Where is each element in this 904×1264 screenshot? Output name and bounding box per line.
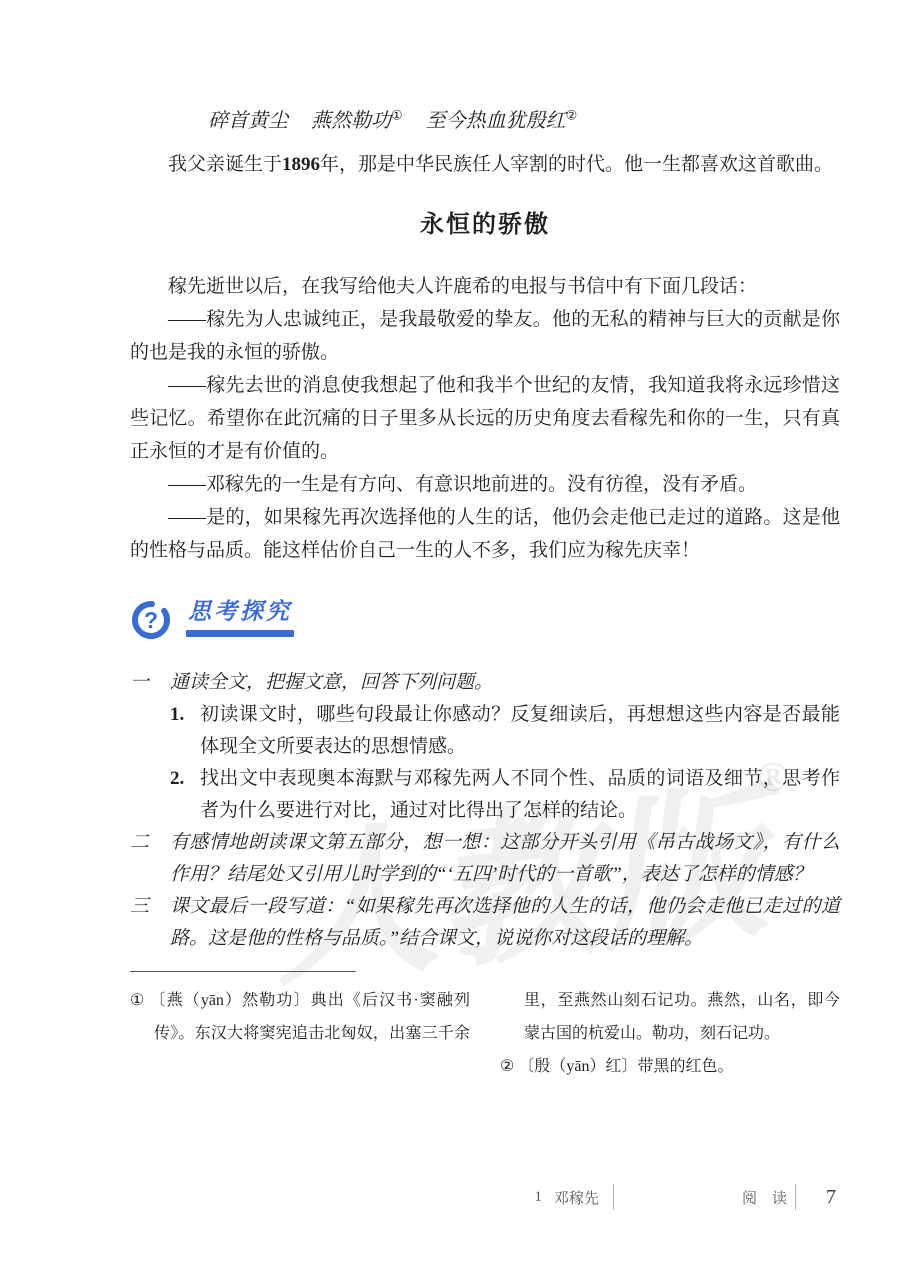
question-mark-circle-icon: ? xyxy=(130,599,172,641)
sub-question-text: 初读课文时，哪些句段最让你感动？反复细读后，再想想这些内容是否最能体现全文所要表… xyxy=(200,699,840,763)
sub-question-text: 找出文中表现奥本海默与邓稼先两人不同个性、品质的词语及细节，思考作者为什么要进行… xyxy=(200,763,840,827)
question-item-2: 二 有感情地朗读课文第五部分，想一想：这部分开头引用《吊古战场文》，有什么作用？… xyxy=(130,827,840,891)
quote-paragraph: ——邓稼先的一生是有方向、有意识地前进的。没有彷徨，没有矛盾。 xyxy=(130,468,840,501)
footnote-text: 〔燕（yān）然勒功〕典出《后汉书·窦融列传》。东汉大将窦宪追击北匈奴，出塞三千… xyxy=(149,992,840,1042)
textbook-page: 人教版 ® 碎首黄尘 燕然勒功① 至今热血犹殷红② 我父亲诞生于1896年，那是… xyxy=(0,0,904,1264)
footnotes: ①〔燕（yān）然勒功〕典出《后汉书·窦融列传》。东汉大将窦宪追击北匈奴，出塞三… xyxy=(130,984,840,1083)
page-content: 碎首黄尘 燕然勒功① 至今热血犹殷红② 我父亲诞生于1896年，那是中华民族任人… xyxy=(130,0,840,1083)
lesson-title: 邓稼先 xyxy=(554,1187,599,1208)
poem-line: 碎首黄尘 燕然勒功① 至今热血犹殷红② xyxy=(208,106,840,136)
quote-paragraph: ——是的，如果稼先再次选择他的人生的话，他仍会走他已走过的道路。这是他的性格与品… xyxy=(130,501,840,567)
footnote-ref-2: ② xyxy=(566,107,578,122)
sub-question-2: 2. 找出文中表现奥本海默与邓稼先两人不同个性、品质的词语及细节，思考作者为什么… xyxy=(170,763,840,827)
footnote-ref-1: ① xyxy=(391,107,403,122)
sub-question-number: 2. xyxy=(170,763,200,827)
year-1896: 1896 xyxy=(282,154,320,175)
footnote-divider xyxy=(130,971,356,972)
quote-paragraph: ——稼先去世的消息使我想起了他和我半个世纪的友情，我知道我将永远珍惜这些记忆。希… xyxy=(130,369,840,468)
page-footer: 1 邓稼先 阅 读 7 xyxy=(130,1184,840,1210)
page-number: 7 xyxy=(826,1186,836,1209)
question-item-1: 一 通读全文，把握文意，回答下列问题。 xyxy=(130,667,840,699)
explore-section-title: 思考探究 xyxy=(186,597,294,627)
footer-divider-bar xyxy=(613,1184,614,1210)
question-item-3: 三 课文最后一段写道：“如果稼先再次选择他的人生的话，他仍会走他已走过的道路。这… xyxy=(130,891,840,955)
lesson-number: 1 xyxy=(534,1189,542,1206)
questions-list: 一 通读全文，把握文意，回答下列问题。 1. 初读课文时，哪些句段最让你感动？反… xyxy=(130,667,840,955)
sub-questions: 1. 初读课文时，哪些句段最让你感动？反复细读后，再想想这些内容是否最能体现全文… xyxy=(170,699,840,827)
svg-text:?: ? xyxy=(144,607,158,633)
quote-paragraph: ——稼先为人忠诚纯正，是我最敬爱的挚友。他的无私的精神与巨大的贡献是你的也是我的… xyxy=(130,303,840,369)
explore-title-block: 思考探究 xyxy=(186,597,294,637)
question-stem: 有感情地朗读课文第五部分，想一想：这部分开头引用《吊古战场文》，有什么作用？结尾… xyxy=(170,827,840,891)
footer-divider-bar xyxy=(795,1184,796,1210)
footnote-marker: ① xyxy=(130,992,145,1009)
question-stem: 课文最后一段写道：“如果稼先再次选择他的人生的话，他仍会走他已走过的道路。这是他… xyxy=(170,891,840,955)
quote-paragraphs: 稼先逝世以后，在我写给他夫人许鹿希的电报与书信中有下面几段话： ——稼先为人忠诚… xyxy=(130,270,840,567)
explore-title-underline xyxy=(186,630,294,637)
footnote-marker: ② xyxy=(500,1058,514,1075)
question-marker: 二 xyxy=(130,827,170,891)
poem-segment: 燕然勒功① xyxy=(311,110,403,132)
footnote-text: 〔殷（yān）红〕带黑的红色。 xyxy=(518,1058,733,1075)
poem-segment: 至今热血犹殷红② xyxy=(426,110,578,132)
quote-paragraph: 稼先逝世以后，在我写给他夫人许鹿希的电报与书信中有下面几段话： xyxy=(130,270,840,303)
poem-segment: 碎首黄尘 xyxy=(208,110,288,132)
intro-paragraph: 我父亲诞生于1896年，那是中华民族任人宰割的时代。他一生都喜欢这首歌曲。 xyxy=(130,148,840,182)
question-marker: 三 xyxy=(130,891,170,955)
question-stem: 通读全文，把握文意，回答下列问题。 xyxy=(170,667,840,699)
unit-section-label: 阅 读 xyxy=(742,1187,787,1208)
footnote-2: ②〔殷（yān）红〕带黑的红色。 xyxy=(500,1050,840,1083)
essay-heading: 永恒的骄傲 xyxy=(130,208,840,242)
question-marker: 一 xyxy=(130,667,170,699)
sub-question-number: 1. xyxy=(170,699,200,763)
sub-question-1: 1. 初读课文时，哪些句段最让你感动？反复细读后，再想想这些内容是否最能体现全文… xyxy=(170,699,840,763)
explore-section-header: ? 思考探究 xyxy=(130,597,840,647)
